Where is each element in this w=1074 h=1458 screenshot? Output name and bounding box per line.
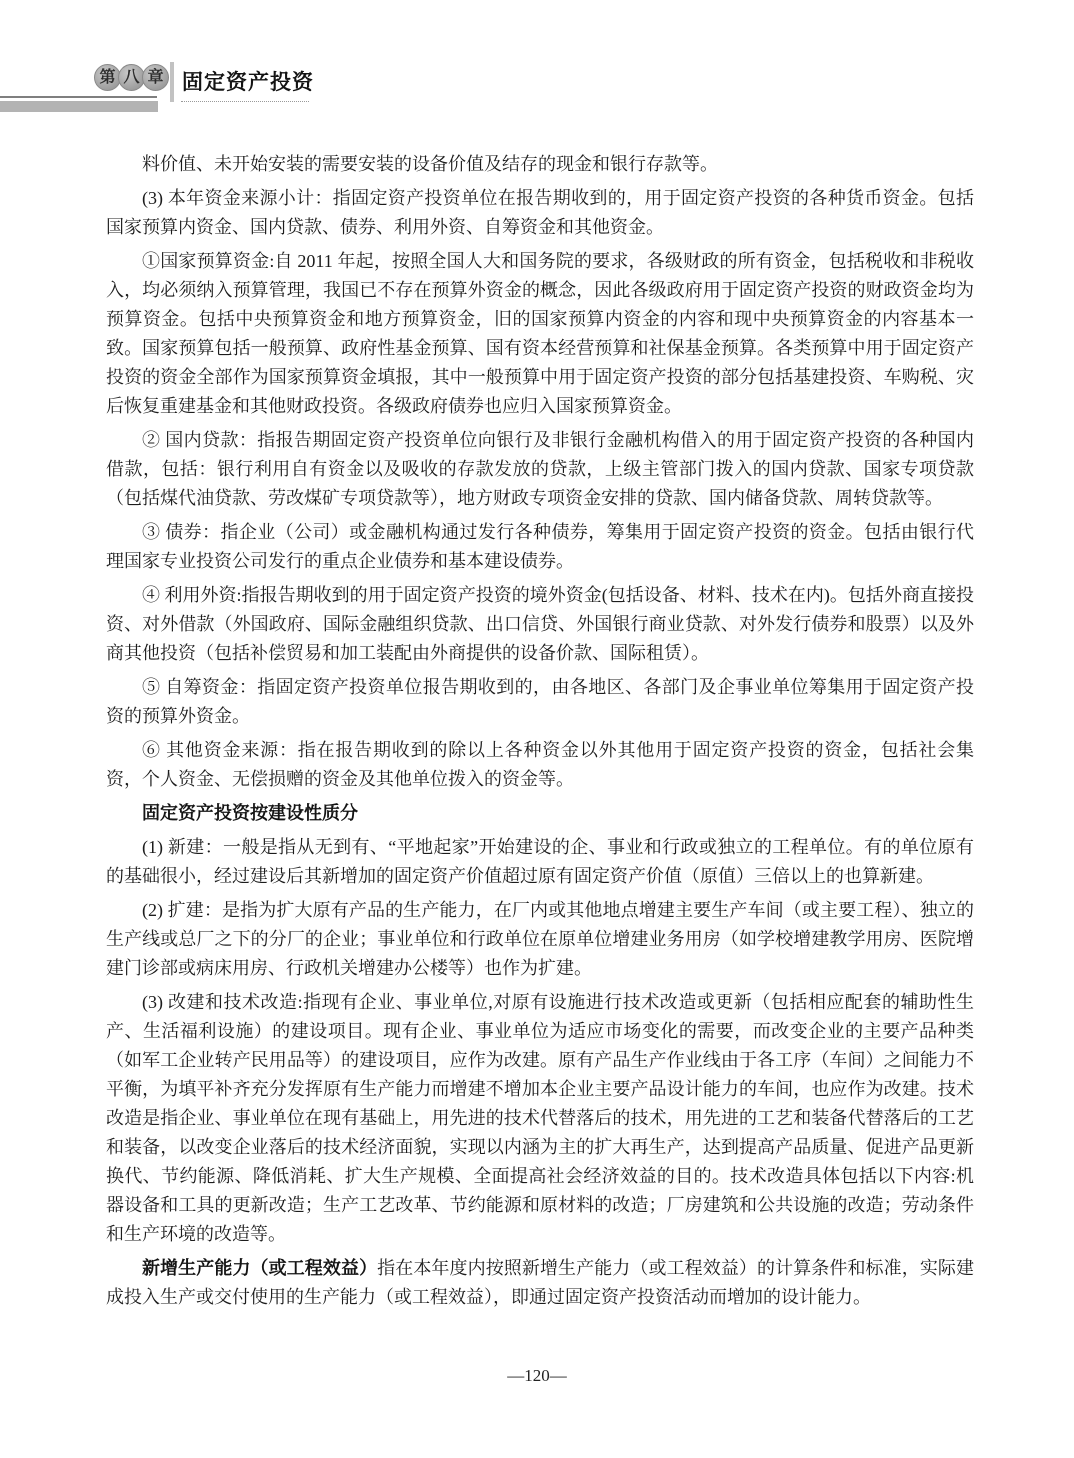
paragraph-new-construction: (1) 新建：一般是指从无到有、“平地起家”开始建设的企、事业和行政或独立的工程… <box>106 833 974 891</box>
header-thin-line <box>0 96 157 98</box>
paragraph-self-raised-funds: ⑤ 自筹资金：指固定资产投资单位报告期收到的，由各地区、各部门及企事业单位筹集用… <box>106 673 974 731</box>
chapter-header: 第 八 章 固定资产投资 <box>0 0 1074 130</box>
header-gray-bar <box>0 101 158 112</box>
body-text: 料价值、未开始安装的需要安装的设备价值及结存的现金和银行存款等。 (3) 本年资… <box>106 150 974 1312</box>
document-page: 第 八 章 固定资产投资 料价值、未开始安装的需要安装的设备价值及结存的现金和银… <box>0 0 1074 1458</box>
paragraph-source-subtotal: (3) 本年资金来源小计：指固定资产投资单位在报告期收到的，用于固定资产投资的各… <box>106 184 974 242</box>
section-heading-construction-nature: 固定资产投资按建设性质分 <box>106 799 974 828</box>
paragraph-expansion: (2) 扩建：是指为扩大原有产品的生产能力，在厂内或其他地点增建主要生产车间（或… <box>106 896 974 983</box>
paragraph-continuation: 料价值、未开始安装的需要安装的设备价值及结存的现金和银行存款等。 <box>106 150 974 179</box>
paragraph-reconstruction: (3) 改建和技术改造:指现有企业、事业单位,对原有设施进行技术改造或更新（包括… <box>106 988 974 1249</box>
paragraph-state-budget: ①国家预算资金:自 2011 年起，按照全国人大和国务院的要求，各级财政的所有资… <box>106 247 974 421</box>
paragraph-bonds: ③ 债券：指企业（公司）或金融机构通过发行各种债券，筹集用于固定资产投资的资金。… <box>106 518 974 576</box>
paragraph-foreign-capital: ④ 利用外资:指报告期收到的用于固定资产投资的境外资金(包括设备、材料、技术在内… <box>106 581 974 668</box>
chapter-badge: 第 八 章 <box>94 64 166 91</box>
chapter-title: 固定资产投资 <box>182 66 314 96</box>
paragraph-new-capacity-lead: 新增生产能力（或工程效益） <box>142 1258 377 1278</box>
paragraph-domestic-loans: ② 国内贷款：指报告期固定资产投资单位向银行及非银行金融机构借入的用于固定资产投… <box>106 426 974 513</box>
page-footer: —120— <box>0 1366 1074 1386</box>
chapter-badge-char-2: 八 <box>118 64 145 91</box>
paragraph-other-sources: ⑥ 其他资金来源：指在报告期收到的除以上各种资金以外其他用于固定资产投资的资金，… <box>106 736 974 794</box>
chapter-badge-char-1: 第 <box>94 64 121 91</box>
header-divider <box>170 62 174 102</box>
title-dotted-underline <box>181 101 309 102</box>
page-number: —120— <box>507 1366 567 1385</box>
paragraph-new-capacity: 新增生产能力（或工程效益）指在本年度内按照新增生产能力（或工程效益）的计算条件和… <box>106 1254 974 1312</box>
chapter-badge-char-3: 章 <box>142 64 169 91</box>
